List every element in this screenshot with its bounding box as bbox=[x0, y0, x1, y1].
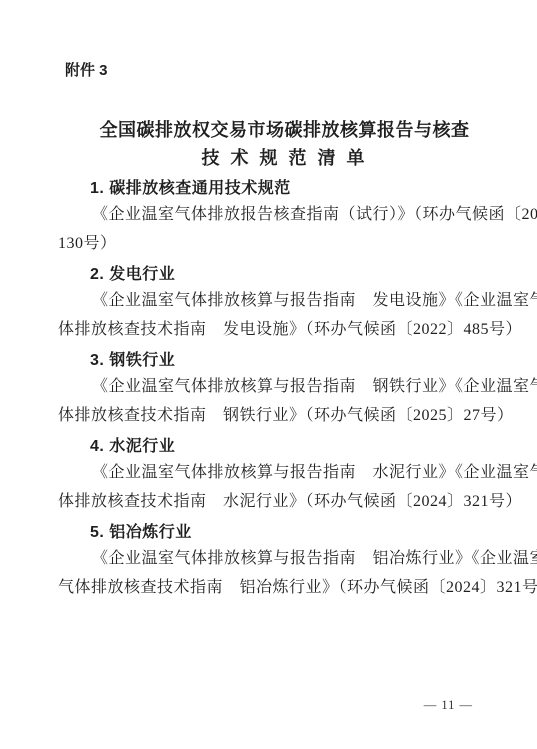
section-5-heading: 5. 铝冶炼行业 bbox=[58, 522, 511, 544]
attachment-label: 附件 3 bbox=[65, 62, 511, 80]
page-number: — 11 — bbox=[424, 698, 473, 713]
section-3-body-line-2: 体排放核查技术指南 钢铁行业》（环办气候函〔2025〕27号） bbox=[58, 401, 511, 430]
section-aluminum-smelting: 5. 铝冶炼行业 《企业温室气体排放核算与报告指南 铝冶炼行业》《企业温室 气体… bbox=[58, 522, 511, 602]
section-5-body-line-2: 气体排放核查技术指南 铝冶炼行业》（环办气候函〔2024〕321号） bbox=[58, 573, 511, 602]
section-2-heading: 2. 发电行业 bbox=[58, 264, 511, 286]
section-2-body-line-2: 体排放核查技术指南 发电设施》（环办气候函〔2022〕485号） bbox=[58, 315, 511, 344]
document-title-line-2: 技 术 规 范 清 单 bbox=[58, 144, 511, 172]
section-4-heading: 4. 水泥行业 bbox=[58, 436, 511, 458]
section-cement-industry: 4. 水泥行业 《企业温室气体排放核算与报告指南 水泥行业》《企业温室气 体排放… bbox=[58, 436, 511, 516]
document-title-line-1: 全国碳排放权交易市场碳排放核算报告与核查 bbox=[58, 116, 511, 144]
section-1-heading: 1. 碳排放核查通用技术规范 bbox=[58, 178, 511, 200]
section-3-heading: 3. 钢铁行业 bbox=[58, 350, 511, 372]
section-3-body-line-1: 《企业温室气体排放核算与报告指南 钢铁行业》《企业温室气 bbox=[58, 372, 511, 401]
document-title: 全国碳排放权交易市场碳排放核算报告与核查 技 术 规 范 清 单 bbox=[58, 116, 511, 172]
section-power-generation: 2. 发电行业 《企业温室气体排放核算与报告指南 发电设施》《企业温室气 体排放… bbox=[58, 264, 511, 344]
section-4-body-line-1: 《企业温室气体排放核算与报告指南 水泥行业》《企业温室气 bbox=[58, 458, 511, 487]
section-1-body-line-2: 130号） bbox=[58, 229, 511, 258]
section-2-body-line-1: 《企业温室气体排放核算与报告指南 发电设施》《企业温室气 bbox=[58, 286, 511, 315]
section-1-body-line-1: 《企业温室气体排放报告核查指南（试行）》（环办气候函〔2021〕 bbox=[58, 200, 511, 229]
section-4-body-line-2: 体排放核查技术指南 水泥行业》（环办气候函〔2024〕321号） bbox=[58, 487, 511, 516]
section-general-verification: 1. 碳排放核查通用技术规范 《企业温室气体排放报告核查指南（试行）》（环办气候… bbox=[58, 178, 511, 258]
document-page: 附件 3 全国碳排放权交易市场碳排放核算报告与核查 技 术 规 范 清 单 1.… bbox=[0, 0, 537, 749]
section-5-body-line-1: 《企业温室气体排放核算与报告指南 铝冶炼行业》《企业温室 bbox=[58, 544, 511, 573]
section-steel-industry: 3. 钢铁行业 《企业温室气体排放核算与报告指南 钢铁行业》《企业温室气 体排放… bbox=[58, 350, 511, 430]
